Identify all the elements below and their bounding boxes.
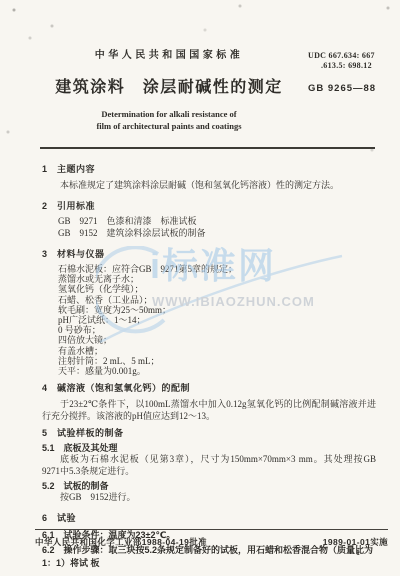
material-item: 石蜡、松香（工业品）； (58, 295, 376, 305)
section-1-body: 本标准规定了建筑涂料涂层耐碱（饱和氢氧化钙溶液）性的测定方法。 (42, 179, 376, 191)
document-title-en-line2: film of architectural paints and coating… (30, 121, 308, 133)
section-5-1-body: 底板为石棉水泥板（见第3章），尺寸为150mm×70mm×3 mm。其处理按GB… (42, 454, 376, 477)
udc-code-line2: .613.5: 698.12 (308, 61, 400, 71)
document-footer: 中华人民共和国化学工业部1988-04-19批准 1989-01-01实施 (35, 529, 388, 548)
section-5-2-heading: 5.2 试板的制备 (42, 479, 376, 492)
material-item: 软毛刷：宽度为25～50mm； (58, 305, 376, 315)
material-item: 蒸馏水或无离子水； (58, 274, 376, 284)
material-item: 有盖水槽； (58, 346, 376, 356)
section-5-1-heading: 5.1 底板及其处理 (42, 441, 376, 454)
reference-item: GB 9152 建筑涂料涂层试板的制备 (58, 227, 376, 239)
materials-list: 石棉水泥板：应符合GB 9271第5章的规定； 蒸馏水或无离子水； 氢氧化钙（化… (42, 264, 376, 376)
udc-code-line1: UDC 667.634: 667 (308, 51, 400, 61)
document-body: 1 主题内容 本标准规定了建筑涂料涂层耐碱（饱和氢氧化钙溶液）性的测定方法。 2… (0, 149, 400, 569)
section-2-heading: 2 引用标准 (42, 199, 376, 212)
implementation-note: 1989-01-01实施 (323, 536, 388, 548)
document-title-en-line1: Determination for alkali resistance of (30, 109, 308, 121)
reference-item: GB 9271 色漆和清漆 标准试板 (58, 215, 376, 227)
standard-label: 中华人民共和国国家标准 (30, 46, 308, 61)
section-1-heading: 1 主题内容 (42, 162, 376, 175)
material-item: 天平：感量为0.001g。 (58, 366, 376, 376)
page-number: 1 (356, 548, 360, 557)
section-5-2-body: 按GB 9152进行。 (42, 492, 376, 504)
section-6-heading: 6 试验 (42, 511, 376, 524)
material-item: 石棉水泥板：应符合GB 9271第5章的规定； (58, 264, 376, 274)
material-item: 氢氧化钙（化学纯）； (58, 284, 376, 294)
document-title-cn: 建筑涂料 涂层耐碱性的测定 (30, 74, 308, 97)
section-4-body: 于23±2℃条件下，以100mL蒸馏水中加入0.12g氢氧化钙的比例配制碱溶液并… (42, 398, 376, 422)
document-header: 中华人民共和国国家标准 建筑涂料 涂层耐碱性的测定 Determination … (0, 0, 400, 132)
section-6-2-text: 6.2 操作步骤：取三块按5.2条规定制备好的试板，用石蜡和松香混合物（质量比为… (42, 545, 373, 568)
section-3-heading: 3 材料与仪器 (42, 247, 376, 260)
material-item: 0 号砂布； (58, 325, 376, 335)
scanned-standard-document: 中华人民共和国国家标准 建筑涂料 涂层耐碱性的测定 Determination … (0, 0, 400, 576)
material-item: pH广泛试纸：1～14； (58, 315, 376, 325)
section-4-heading: 4 碱溶液（饱和氢氧化钙）的配制 (42, 381, 376, 394)
approval-note: 中华人民共和国化学工业部1988-04-19批准 (35, 536, 207, 548)
material-item: 四倍放大镜； (58, 335, 376, 345)
standard-number: GB 9265—88 (308, 83, 400, 94)
material-item: 注射针筒：2 mL、5 mL； (58, 356, 376, 366)
reference-list: GB 9271 色漆和清漆 标准试板 GB 9152 建筑涂料涂层试板的制备 (42, 215, 376, 239)
section-5-heading: 5 试验样板的制备 (42, 426, 376, 439)
